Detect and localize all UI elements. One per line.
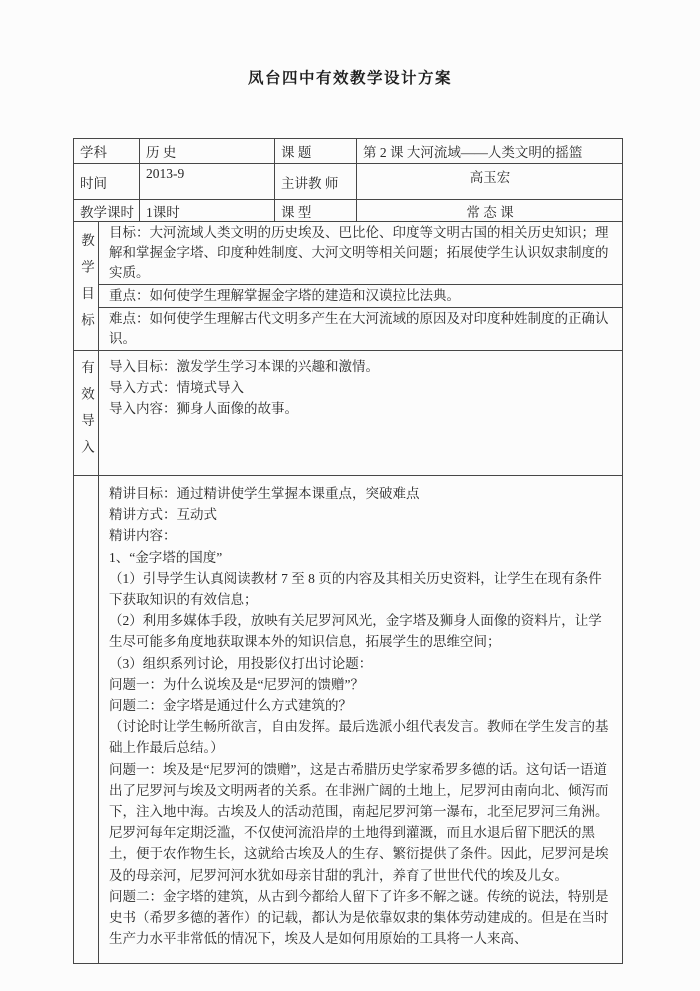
lecture-section-body: 精讲目标：通过精讲使学生掌握本课重点，突破难点 精讲方式：互动式 精讲内容： 1… (98, 476, 622, 963)
lecture-paragraph: 问题二：金字塔的建筑，从古到今都给人留下了许多不解之谜。传统的说法，特别是史书（… (109, 886, 614, 950)
lecture-paragraph: （2）利用多媒体手段，放映有关尼罗河风光，金字塔及狮身人面像的资料片，让学生尽可… (109, 610, 614, 652)
objective-difficulty: 难点：如何使学生理解古代文明多产生在大河流域的原因及对印度种姓制度的正确认识。 (99, 307, 622, 350)
document-title: 凤台四中有效教学设计方案 (0, 66, 700, 88)
lecture-paragraph: 1、“金字塔的国度” (109, 547, 614, 568)
topic-value: 第 2 课 大河流域——人类文明的摇篮 (356, 139, 622, 163)
lecture-paragraph: （1）引导学生认真阅读教材 7 至 8 页的内容及其相关历史资料，让学生在现有条… (109, 568, 614, 610)
subject-label: 学科 (74, 139, 139, 163)
course-type-label: 课 型 (274, 200, 356, 221)
lecture-paragraph: 问题二：金字塔是通过什么方式建筑的？ (109, 695, 614, 716)
lecture-paragraph: 精讲方式：互动式 (109, 504, 614, 525)
course-type-value: 常 态 课 (356, 200, 622, 221)
introduction-section-body: 导入目标：激发学生学习本课的兴趣和激情。 导入方式：情境式导入 导入内容：狮身人… (98, 351, 622, 475)
lecture-paragraph: 精讲目标：通过精讲使学生掌握本课重点，突破难点 (109, 483, 614, 504)
document-page: 凤台四中有效教学设计方案 学科 历 史 课 题 第 2 课 大河流域——人类文明… (0, 0, 700, 991)
introduction-section-label: 有效导入 (74, 360, 98, 466)
lecture-paragraph: 问题一：为什么说埃及是“尼罗河的馈赠”？ (109, 674, 614, 695)
teacher-label: 主讲教 师 (274, 164, 356, 199)
lesson-plan-table: 学科 历 史 课 题 第 2 课 大河流域——人类文明的摇篮 时间 2013-9… (73, 138, 623, 964)
objective-key-point: 重点：如何使学生理解掌握金字塔的建造和汉谟拉比法典。 (99, 284, 622, 307)
table-row-periods-type: 教学课时 1课时 课 型 常 态 课 (74, 199, 622, 221)
table-row-subject-topic: 学科 历 史 课 题 第 2 课 大河流域——人类文明的摇篮 (74, 139, 622, 163)
topic-label: 课 题 (274, 139, 356, 163)
periods-value: 1课时 (139, 200, 274, 221)
subject-value: 历 史 (139, 139, 274, 163)
objectives-section-label-cell: 教学目标 (74, 222, 98, 350)
introduction-goal-line: 导入目标：激发学生学习本课的兴趣和激情。 (109, 356, 614, 377)
lecture-section-label-cell (74, 476, 98, 963)
lecture-paragraph: 问题一：埃及是“尼罗河的馈赠”，这是古希腊历史学家希罗多德的话。这句话一语道出了… (109, 759, 614, 886)
teacher-value: 高玉宏 (356, 164, 622, 199)
objectives-section-body: 目标：大河流域人类文明的历史埃及、巴比伦、印度等文明古国的相关历史知识；理解和掌… (98, 222, 622, 350)
introduction-method-line: 导入方式：情境式导入 (109, 377, 614, 398)
table-row-time-teacher: 时间 2013-9 主讲教 师 高玉宏 (74, 163, 622, 199)
introduction-content-line: 导入内容：狮身人面像的故事。 (109, 398, 614, 419)
objectives-section: 教学目标 目标：大河流域人类文明的历史埃及、巴比伦、印度等文明古国的相关历史知识… (74, 221, 622, 350)
lecture-section: 精讲目标：通过精讲使学生掌握本课重点，突破难点 精讲方式：互动式 精讲内容： 1… (74, 475, 622, 963)
introduction-section-label-cell: 有效导入 (74, 351, 98, 475)
periods-label: 教学课时 (74, 200, 139, 221)
introduction-section: 有效导入 导入目标：激发学生学习本课的兴趣和激情。 导入方式：情境式导入 导入内… (74, 350, 622, 475)
objective-goal: 目标：大河流域人类文明的历史埃及、巴比伦、印度等文明古国的相关历史知识；理解和掌… (99, 222, 622, 284)
lecture-paragraph: （讨论时让学生畅所欲言，自由发挥。最后选派小组代表发言。教师在学生发言的基础上作… (109, 716, 614, 758)
objectives-section-label: 教学目标 (74, 233, 98, 339)
lecture-paragraph: 精讲内容： (109, 525, 614, 546)
time-label: 时间 (74, 164, 139, 199)
lecture-paragraph: （3）组织系列讨论，用投影仪打出讨论题： (109, 653, 614, 674)
time-value: 2013-9 (139, 164, 274, 199)
